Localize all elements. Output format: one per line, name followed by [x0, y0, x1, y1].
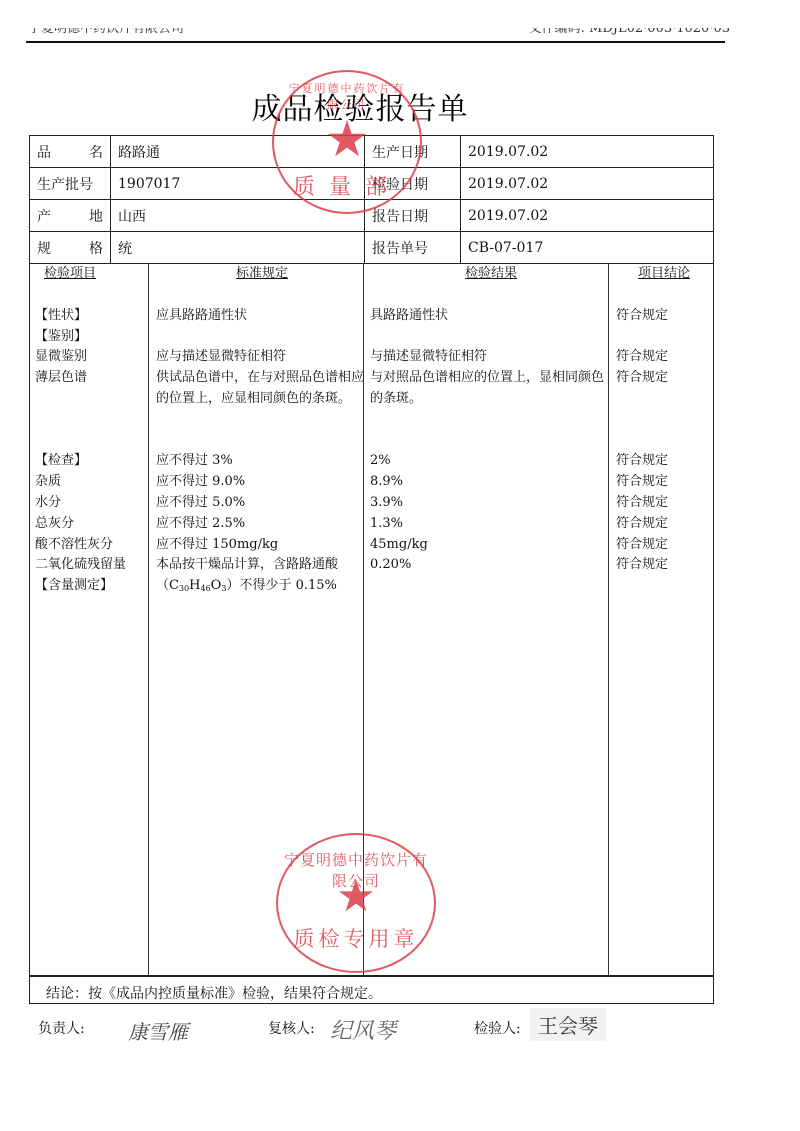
batch-label: 生产批号	[30, 168, 111, 200]
product-name-label: 品名	[30, 136, 111, 168]
header-conclusion: 项目结论	[616, 264, 712, 285]
header-test-item: 检验项目	[35, 264, 147, 285]
standard-column: 标准规定 应具路路通性状 应与描述显微特征相符 供试品色谱中，在与对照品色谱相应…	[156, 263, 368, 597]
result-column: 检验结果 具路路通性状 与描述显微特征相符 与对照品色谱相应的位置上，显相同颜色…	[370, 263, 612, 576]
column-divider	[148, 263, 149, 975]
reviewer-signature: 纪风琴	[330, 1014, 396, 1045]
origin-value: 山西	[111, 200, 365, 232]
table-row: 产地 山西 报告日期 2019.07.02	[30, 200, 714, 232]
report-date-label: 报告日期	[365, 200, 461, 232]
header-standard: 标准规定	[156, 264, 368, 285]
test-date-label: 检验日期	[365, 168, 461, 200]
item-so2-residue: 二氧化硫残留量	[35, 555, 147, 576]
table-row: 品名 路路通 生产日期 2019.07.02	[30, 136, 714, 168]
item-microscopic: 显微鉴别	[35, 347, 147, 368]
test-date-value: 2019.07.02	[461, 168, 714, 200]
responsible-signature: 康雪雁	[128, 1016, 188, 1045]
reviewer-label: 复核人:	[268, 1018, 315, 1038]
section-check: 【检查】	[35, 451, 147, 472]
res-tlc: 与对照品色谱相应的位置上，显相同颜色的条斑。	[370, 368, 612, 410]
origin-label: 产地	[30, 200, 111, 232]
section-assay: 【含量测定】	[35, 576, 147, 597]
item-total-ash: 总灰分	[35, 514, 147, 535]
std-microscopic: 应与描述显微特征相符	[156, 347, 368, 368]
con-impurity: 符合规定	[616, 451, 712, 472]
std-tlc: 供试品色谱中，在与对照品色谱相应的位置上，应显相同颜色的条斑。	[156, 368, 368, 430]
inspector-signature: 王会琴	[530, 1008, 606, 1041]
res-so2-residue: 45mg/kg	[370, 535, 612, 556]
batch-value: 1907017	[111, 168, 365, 200]
con-tlc: 符合规定	[616, 368, 712, 389]
item-tlc: 薄层色谱	[35, 368, 147, 389]
res-assay: 0.20%	[370, 555, 612, 576]
report-date-value: 2019.07.02	[461, 200, 714, 232]
header-result: 检验结果	[370, 264, 612, 285]
res-acid-insoluble-ash: 1.3%	[370, 514, 612, 535]
overall-conclusion: 结论：按《成品内控质量标准》检验，结果符合规定。	[29, 976, 714, 1004]
con-total-ash: 符合规定	[616, 493, 712, 514]
report-number-value: CB-07-017	[461, 232, 714, 264]
std-assay-formula: （C30H46O3）不得少于 0.15%	[156, 576, 368, 597]
con-moisture: 符合规定	[616, 472, 712, 493]
spec-value: 统	[111, 232, 365, 264]
test-item-column: 检验项目 【性状】 【鉴别】 显微鉴别 薄层色谱 【检查】 杂质 水分 总灰分 …	[35, 263, 147, 597]
con-assay: 符合规定	[616, 555, 712, 576]
spec-label: 规格	[30, 232, 111, 264]
res-microscopic: 与描述显微特征相符	[370, 347, 612, 368]
std-moisture: 应不得过 9.0%	[156, 472, 368, 493]
res-impurity: 2%	[370, 451, 612, 472]
production-date-value: 2019.07.02	[461, 136, 714, 168]
std-acid-insoluble-ash: 应不得过 2.5%	[156, 514, 368, 535]
page-title: 成品检验报告单	[0, 84, 720, 128]
std-so2-residue: 应不得过 150mg/kg	[156, 535, 368, 556]
con-so2-residue: 符合规定	[616, 535, 712, 556]
std-impurity: 应不得过 3%	[156, 451, 368, 472]
table-row: 生产批号 1907017 检验日期 2019.07.02	[30, 168, 714, 200]
res-moisture: 8.9%	[370, 472, 612, 493]
section-identification: 【鉴别】	[35, 327, 147, 348]
item-moisture: 水分	[35, 493, 147, 514]
production-date-label: 生产日期	[365, 136, 461, 168]
item-acid-insoluble-ash: 酸不溶性灰分	[35, 535, 147, 556]
section-appearance: 【性状】	[35, 306, 147, 327]
item-impurity: 杂质	[35, 472, 147, 493]
res-appearance: 具路路通性状	[370, 306, 612, 327]
product-name-value: 路路通	[111, 136, 365, 168]
std-assay-line1: 本品按干燥品计算，含路路通酸	[156, 555, 368, 576]
table-row: 规格 统 报告单号 CB-07-017	[30, 232, 714, 264]
std-appearance: 应具路路通性状	[156, 306, 368, 327]
res-total-ash: 3.9%	[370, 493, 612, 514]
inspector-label: 检验人:	[474, 1018, 521, 1038]
con-acid-insoluble-ash: 符合规定	[616, 514, 712, 535]
std-total-ash: 应不得过 5.0%	[156, 493, 368, 514]
con-microscopic: 符合规定	[616, 347, 712, 368]
header-clip	[0, 0, 800, 28]
header-divider	[26, 41, 725, 43]
report-number-label: 报告单号	[365, 232, 461, 264]
con-appearance: 符合规定	[616, 306, 712, 327]
conclusion-column: 项目结论 符合规定 符合规定 符合规定 符合规定 符合规定 符合规定 符合规定 …	[616, 263, 712, 576]
test-results-grid: 检验项目 【性状】 【鉴别】 显微鉴别 薄层色谱 【检查】 杂质 水分 总灰分 …	[29, 263, 714, 976]
product-info-table: 品名 路路通 生产日期 2019.07.02 生产批号 1907017 检验日期…	[29, 135, 714, 264]
responsible-label: 负责人:	[38, 1018, 85, 1038]
